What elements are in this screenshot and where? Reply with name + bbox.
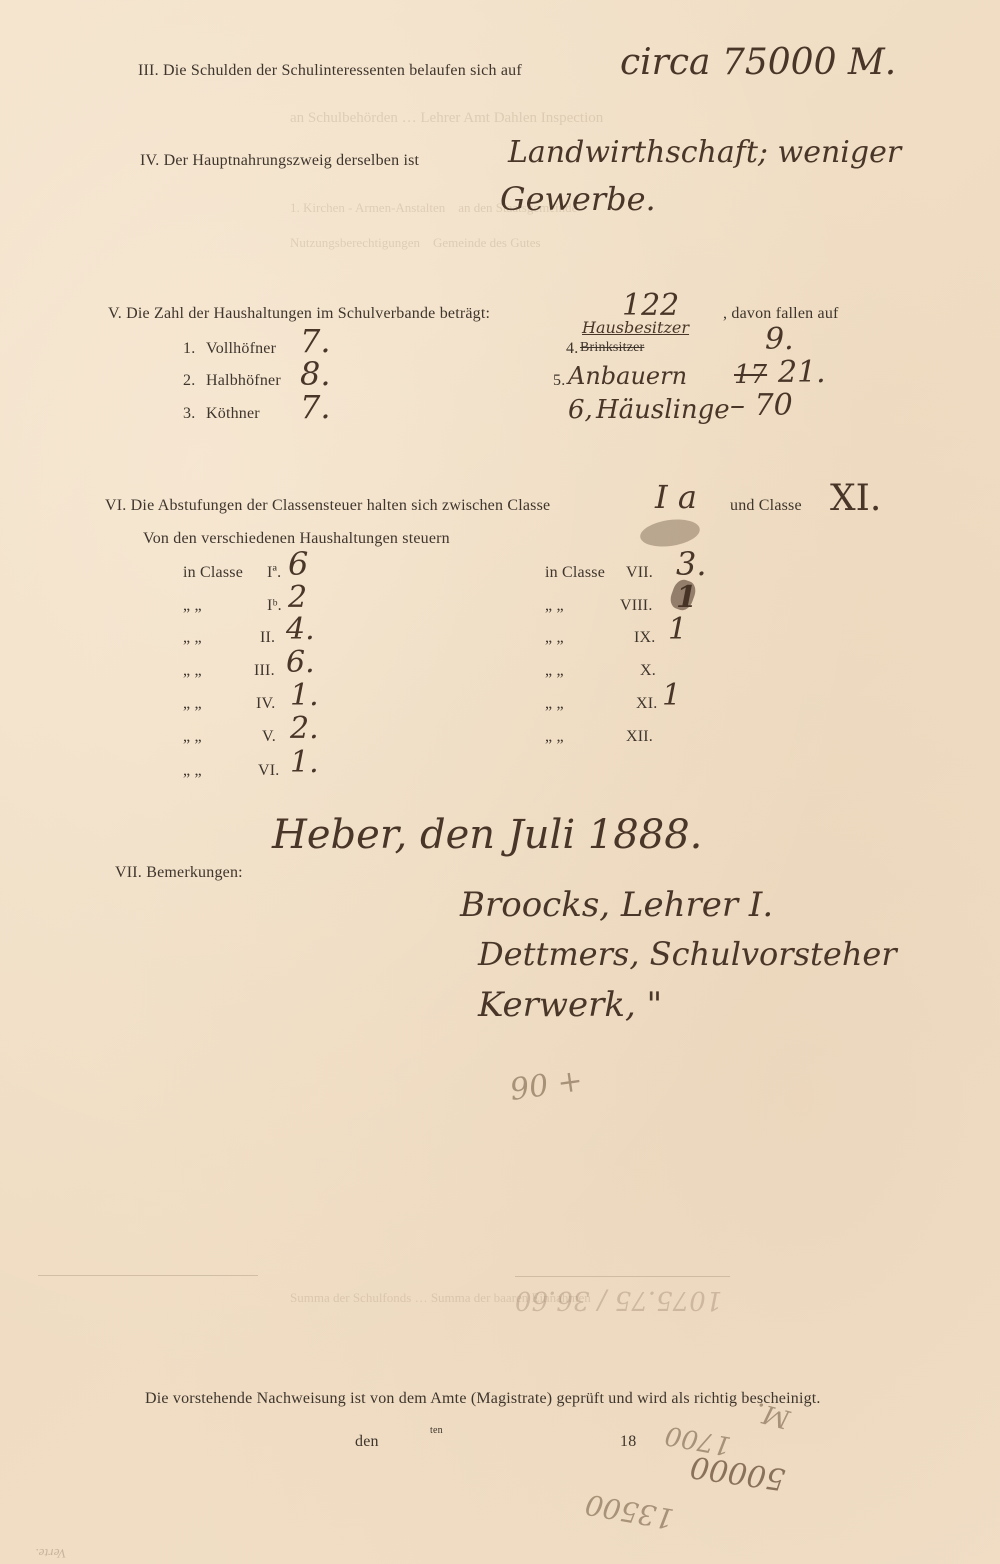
section-v-item-label: Köthner — [206, 405, 260, 423]
class-prefix: in Classe — [545, 564, 605, 582]
class-value: 2. — [290, 711, 319, 746]
section-v-suffix: , davon fallen auf — [723, 305, 839, 323]
stamp-line: 13500 — [583, 1488, 676, 1536]
certification-ten: ten — [430, 1425, 443, 1436]
class-value: 6. — [286, 645, 315, 680]
class-label: II. — [260, 629, 275, 647]
class-value: 1. — [290, 745, 319, 780]
bleed-through-rule — [38, 1275, 258, 1276]
class-label: III. — [254, 662, 275, 680]
class-prefix: „ „ — [183, 662, 202, 680]
place-date: Heber, den Juli 1888. — [272, 812, 702, 858]
class-value: 1 — [668, 612, 687, 647]
class-label: V. — [262, 728, 276, 746]
class-label: Iª. — [267, 564, 281, 582]
signature-2: Dettmers, Schulvorsteher — [478, 935, 897, 973]
class-label: XII. — [626, 728, 653, 746]
section-vi-to-class: XI. — [830, 478, 881, 519]
class-value: 3. — [676, 545, 707, 583]
class-value: 1. — [290, 678, 319, 713]
section-v-item-value: – 70 — [730, 388, 793, 423]
document-page: an Schulbehörden … Lehrer Amt Dahlen Ins… — [0, 0, 1000, 1564]
section-v-item-num: 4. — [566, 340, 578, 358]
class-prefix: „ „ — [545, 629, 564, 647]
section-iv-value-line1: Landwirthschaft; weniger — [508, 135, 901, 170]
class-label: XI. — [636, 695, 657, 713]
class-label: VII. — [626, 564, 653, 582]
signature-3: Kerwerk, " — [478, 985, 662, 1025]
class-prefix: „ „ — [183, 728, 202, 746]
section-iii-label: III. Die Schulden der Schulinteressenten… — [138, 62, 522, 80]
class-prefix: „ „ — [545, 662, 564, 680]
class-prefix: „ „ — [183, 762, 202, 780]
signature-1: Broocks, Lehrer I. — [460, 885, 773, 925]
section-v-item-label-hand: Häuslinge — [596, 395, 730, 425]
faint-numbers: 1075.75 / 36.60 — [515, 1285, 722, 1315]
section-vi-label: VI. Die Abstufungen der Classensteuer ha… — [105, 497, 550, 515]
section-iii-value: circa 75000 M. — [620, 42, 896, 83]
class-label: VIII. — [620, 597, 653, 615]
section-vi-and-label: und Classe — [730, 497, 802, 515]
section-v-item-value-struck: 17 — [734, 360, 767, 390]
section-vii-label: VII. Bemerkungen: — [115, 864, 243, 882]
class-label: VI. — [258, 762, 279, 780]
class-prefix: in Classe — [183, 564, 243, 582]
section-v-item-num: 5. — [553, 372, 565, 390]
class-value: 1 — [662, 678, 681, 713]
class-value: 4. — [286, 612, 315, 647]
section-v-label: V. Die Zahl der Haushaltungen im Schulve… — [108, 305, 490, 323]
section-v-item-label-hand: Hausbesitzer — [582, 318, 689, 337]
section-v-item-num: 6, — [568, 395, 593, 425]
verte-note: Verte. — [35, 1545, 66, 1561]
stamp-line: 50000 — [688, 1449, 787, 1497]
section-iv-value-line2: Gewerbe. — [500, 180, 656, 218]
class-label: IV. — [256, 695, 275, 713]
section-v-item-label: Vollhöfner — [206, 340, 276, 358]
bleed-through-rule — [515, 1276, 730, 1277]
section-v-item-label-hand: Anbauern — [568, 362, 687, 390]
certification-year-prefix: 18 — [620, 1433, 636, 1451]
class-value: 6 — [288, 545, 308, 583]
section-v-item-num: 2. — [183, 372, 195, 390]
class-label: IX. — [634, 629, 655, 647]
section-v-item-value: 7. — [300, 388, 331, 426]
section-iv-label: IV. Der Hauptnahrungszweig derselben ist — [140, 152, 419, 170]
margin-note: 90 + — [508, 1063, 585, 1108]
class-label: Iᵇ. — [267, 597, 282, 615]
class-label: X. — [640, 662, 656, 680]
certification-den: den — [355, 1433, 379, 1451]
class-prefix: „ „ — [545, 597, 564, 615]
class-prefix: „ „ — [545, 695, 564, 713]
certification-text: Die vorstehende Nachweisung ist von dem … — [145, 1390, 821, 1408]
class-value: 2 — [288, 580, 307, 615]
class-prefix: „ „ — [545, 728, 564, 746]
section-v-item-label-struck: Brinksitzer — [580, 340, 644, 356]
section-vi-from-class: I a — [655, 478, 697, 516]
class-prefix: „ „ — [183, 597, 202, 615]
section-v-item-label: Halbhöfner — [206, 372, 281, 390]
class-prefix: „ „ — [183, 629, 202, 647]
section-v-item-value: 21. — [778, 355, 826, 390]
bleed-through-text: an Schulbehörden … Lehrer Amt Dahlen Ins… — [290, 110, 603, 127]
section-v-item-num: 3. — [183, 405, 195, 423]
class-prefix: „ „ — [183, 695, 202, 713]
bleed-through-text: Nutzungsberechtigungen Gemeinde des Gute… — [290, 235, 541, 251]
section-v-item-num: 1. — [183, 340, 195, 358]
section-v-item-value: 9. — [765, 322, 794, 357]
